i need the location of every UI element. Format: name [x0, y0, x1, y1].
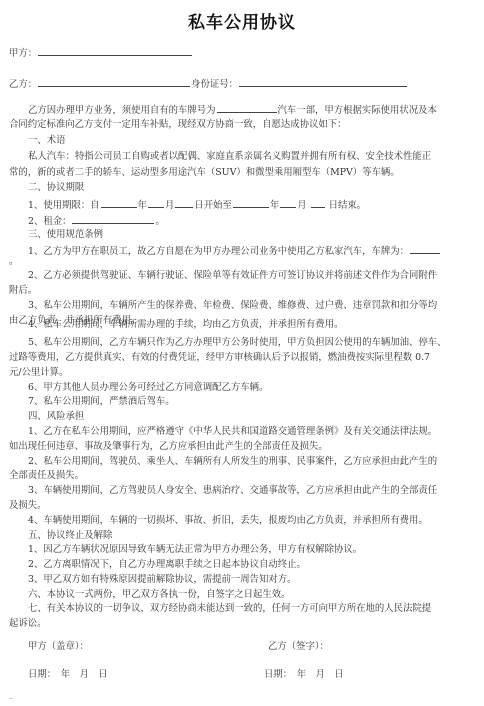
start-year-field[interactable] — [101, 198, 137, 208]
termination-3: 3、甲乙双方如有特殊原因提前解除协议，需提前一周告知对方。 — [28, 574, 296, 586]
rule-3: 3、私车公用期间，车辆所产生的保养费、年检费、保险费、维修费、过户费、违章罚款和… — [28, 300, 437, 312]
party-a-label: 甲方： — [9, 48, 37, 59]
rule-5-cont: 过路等费用，乙方提供真实、有效的付费凭证，经甲方审核确认后予以报销，燃油费按实际… — [9, 352, 430, 364]
end-year-field[interactable] — [233, 198, 269, 208]
risk-3: 3、车辆使用期间，乙方驾驶员人身安全、患病治疗、交通事故等，乙方应承担由此产生的… — [28, 485, 437, 497]
id-number-field[interactable] — [239, 77, 407, 87]
section-5-heading: 五、协议终止及解除 — [28, 530, 112, 542]
rule-7: 7、私车公用期间，严禁酒后驾车。 — [28, 396, 175, 408]
rent-row: 2、租金：。 — [28, 214, 165, 228]
rule-2-cont: 附后。 — [9, 285, 37, 297]
risk-2-cont: 全部责任及损失。 — [9, 470, 84, 482]
party-a-seal-label: 甲方（盖章）： — [28, 638, 89, 652]
party-a-field[interactable] — [38, 46, 192, 56]
party-b-date: 日期： 年 月 日 — [264, 666, 344, 680]
party-a-row: 甲方： — [9, 46, 193, 60]
rule-5-cont2: 元/公里计算。 — [9, 367, 68, 379]
section-1-text: 私人汽车：特指公司员工自购或者以配偶、家庭直系亲属名义购置并拥有所有权、安全技术… — [28, 151, 431, 163]
party-b-field[interactable] — [38, 77, 190, 87]
section-1-text-cont: 常的，新的或者二手的轿车、运动型多用途汽车（SUV）和微型乘用厢型车（MPV）等… — [9, 167, 400, 179]
rule-6: 6、甲方其他人员办理公务可经过乙方同意调配乙方车辆。 — [28, 382, 268, 394]
plate-field-2[interactable] — [410, 244, 440, 254]
rule-5: 5、私车公用期间，乙方车辆只作为乙方办理甲方公务时使用，甲方负担因公使用的车辆加… — [28, 337, 446, 349]
risk-1: 1、乙方在私车公用期间，应严格遵守《中华人民共和国道路交通管理条例》及有关交通法… — [28, 426, 437, 438]
term-row: 1、使用期限：自年月日开始至年月 日结束。 — [28, 198, 366, 212]
risk-4: 4、车辆使用期间，车辆的一切损坏、事故、折旧，丢失，报废均由乙方负责，并承担所有… — [28, 515, 428, 527]
trailing-mark: .. — [9, 694, 13, 701]
section-6: 六、本协议一式两份，甲乙双方各执一份，自签字之日起生效。 — [28, 589, 291, 601]
end-month-field[interactable] — [280, 198, 296, 208]
section-3-heading: 三、使用规范条例 — [28, 229, 103, 241]
termination-2: 2、乙方离职情况下，自乙方办理离职手续之日起本协议自动终止。 — [28, 559, 306, 571]
section-7: 七、有关本协议的一切争议，双方经协商未能达到一致的，任何一方可向甲方所在地的人民… — [28, 603, 431, 615]
rule-1-end: 。 — [9, 256, 18, 268]
start-month-field[interactable] — [148, 198, 164, 208]
party-b-label: 乙方： — [9, 79, 37, 90]
id-label: 身份证号： — [191, 79, 238, 90]
section-1-heading: 一、术语 — [28, 135, 66, 147]
rule-2: 2、乙方必须提供驾驶证、车辆行驶证、保险单等有效证件方可签订协议并将前述文件作为… — [28, 270, 437, 282]
party-b-sign-label: 乙方（签字）： — [268, 638, 329, 652]
end-day-field[interactable] — [311, 198, 325, 208]
rule-4: 4、私车公用期间，车辆所需办理的手续，均由乙方负责，并承担所有费用。 — [28, 319, 343, 331]
section-4-heading: 四、风险承担 — [28, 411, 84, 423]
document-title: 私车公用协议 — [0, 8, 484, 33]
plate-number-field[interactable] — [217, 103, 277, 113]
section-7-cont: 起诉讼。 — [9, 618, 47, 630]
rent-field[interactable] — [72, 214, 154, 224]
party-a-date: 日期： 年 月 日 — [28, 666, 108, 680]
termination-1: 1、因乙方车辆状况原因导致车辆无法正常为甲方办理公务，甲方有权解除协议。 — [28, 544, 362, 556]
start-day-field[interactable] — [175, 198, 193, 208]
rule-1: 1、乙方为甲方在职员工，故乙方自愿在为甲方办理公司业务中使用乙方私家汽车，车牌为… — [28, 244, 441, 258]
intro-line-2: 合同约定标准向乙方支付一定用车补贴，现经双方协商一致，自愿达成协议如下： — [9, 119, 347, 131]
risk-3-cont: 及损失。 — [9, 500, 47, 512]
risk-1-cont: 如出现任何违章、事故及肇事行为，乙方应承担由此产生的全部责任及损失。 — [9, 441, 328, 453]
risk-2: 2、私车公用期间，驾驶员、乘坐人、车辆所有人所发生的刑事、民事案件，乙方应承担由… — [28, 456, 437, 468]
section-2-heading: 二、协议期限 — [28, 182, 84, 194]
intro-line-1: 乙方因办理甲方业务，须使用自有的车牌号为汽车一部，甲方根据实际使用状况及本 — [28, 103, 437, 117]
party-b-row: 乙方：身份证号： — [9, 77, 408, 91]
